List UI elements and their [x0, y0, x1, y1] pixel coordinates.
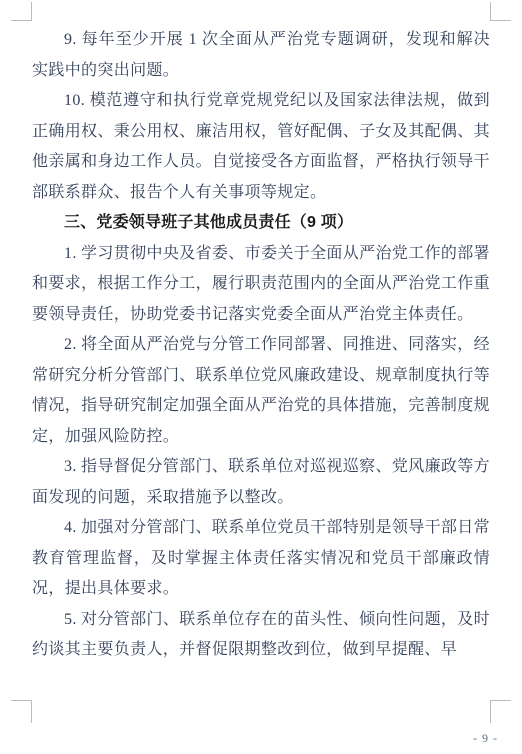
paragraph-item-3: 3. 指导督促分管部门、联系单位对巡视巡察、党风廉政等方面发现的问题，采取措施予… [32, 452, 490, 513]
text-boundary-mark-top-left [11, 2, 32, 21]
paragraph-item-5: 5. 对分管部门、联系单位存在的苗头性、倾向性问题，及时约谈其主要负责人，并督促… [32, 605, 490, 666]
paragraph-item-10: 10. 模范遵守和执行党章党规党纪以及国家法律法规，做到正确用权、秉公用权、廉洁… [32, 86, 490, 208]
paragraph-item-1: 1. 学习贯彻中央及省委、市委关于全面从严治党工作的部署和要求，根据工作分工，履… [32, 239, 490, 331]
section-heading-committee-other-members: 三、党委领导班子其他成员责任（9 项） [32, 208, 490, 239]
paragraph-item-2: 2. 将全面从严治党与分管工作同部署、同推进、同落实，经常研究分析分管部门、联系… [32, 330, 490, 452]
paragraph-item-9: 9. 每年至少开展 1 次全面从严治党专题调研，发现和解决实践中的突出问题。 [32, 25, 490, 86]
text-boundary-mark-bottom-right [490, 700, 511, 723]
text-boundary-mark-bottom-left [11, 700, 32, 723]
document-page: 9. 每年至少开展 1 次全面从严治党专题调研，发现和解决实践中的突出问题。 1… [0, 0, 522, 754]
page-number: - 9 - [473, 730, 498, 746]
document-body: 9. 每年至少开展 1 次全面从严治党专题调研，发现和解决实践中的突出问题。 1… [32, 25, 490, 666]
paragraph-item-4: 4. 加强对分管部门、联系单位党员干部特别是领导干部日常教育管理监督，及时掌握主… [32, 513, 490, 605]
text-boundary-mark-top-right [490, 2, 511, 21]
